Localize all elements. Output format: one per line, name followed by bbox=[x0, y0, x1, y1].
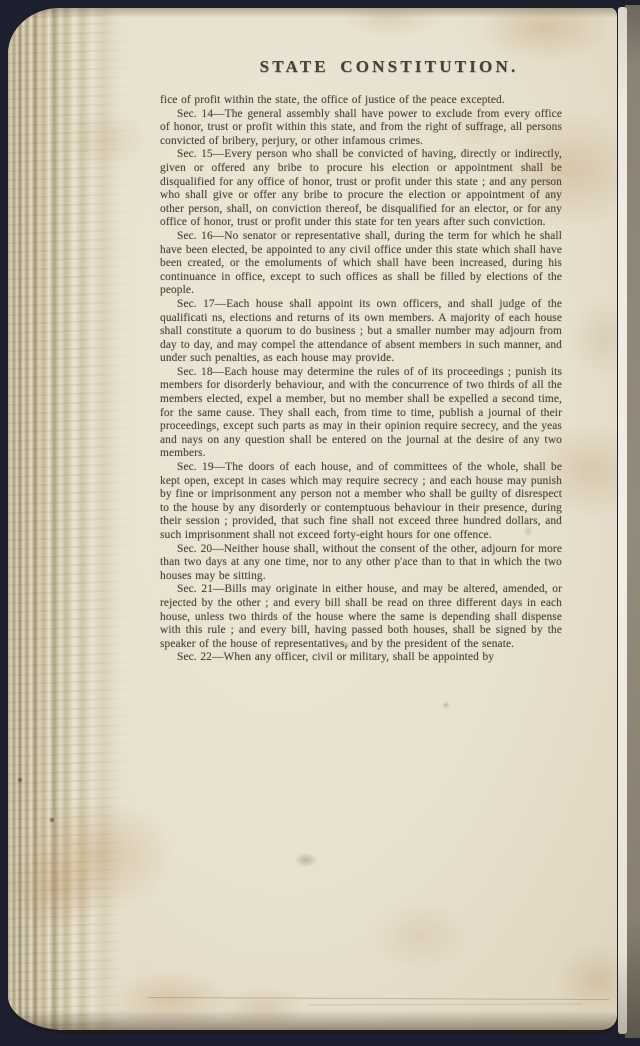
paragraph-sec-20: Sec. 20—Neither house shall, without the… bbox=[160, 543, 562, 584]
paragraph-sec-18: Sec. 18—Each house may determine the rul… bbox=[160, 366, 562, 461]
page-edge-highlight bbox=[618, 7, 627, 1034]
facing-page-gutter-strip bbox=[625, 5, 640, 1038]
bottom-edge-shadow bbox=[8, 1010, 617, 1030]
top-edge-shadow bbox=[8, 8, 617, 18]
paragraph-sec-21: Sec. 21—Bills may originate in either ho… bbox=[160, 583, 562, 651]
paragraph-sec-22: Sec. 22—When any officer, civil or milit… bbox=[160, 651, 562, 665]
paragraph-sec-15: Sec. 15—Every person who shall be convic… bbox=[160, 148, 562, 230]
paper-crease-secondary bbox=[308, 1004, 582, 1009]
paragraph-sec-19: Sec. 19—The doors of each house, and of … bbox=[160, 461, 562, 543]
paragraph-sec-17: Sec. 17—Each house shall appoint its own… bbox=[160, 298, 562, 366]
page-title: STATE CONSTITUTION. bbox=[189, 57, 589, 77]
body-text-column: fice of profit within the state, the off… bbox=[160, 94, 562, 665]
page-edge-texture bbox=[8, 8, 140, 1030]
scanned-book-photo: STATE CONSTITUTION. fice of profit withi… bbox=[0, 0, 640, 1046]
paragraph-sec-14: Sec. 14—The general assembly shall have … bbox=[160, 108, 562, 149]
book-page: STATE CONSTITUTION. fice of profit withi… bbox=[8, 8, 617, 1030]
paragraph-continuation: fice of profit within the state, the off… bbox=[160, 94, 562, 108]
paragraph-sec-16: Sec. 16—No senator or representative sha… bbox=[160, 230, 562, 298]
